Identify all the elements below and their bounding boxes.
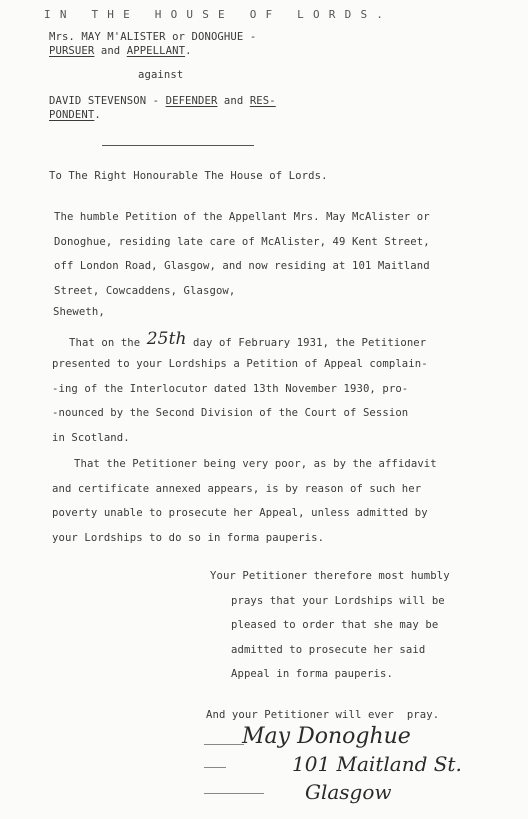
pursuer-label: PURSUER [49, 45, 94, 57]
respondent-label-part2: PONDENT [49, 109, 94, 121]
prayer-line: Appeal in forma pauperis. [210, 662, 450, 687]
signature-dash [204, 793, 264, 794]
period: . [185, 45, 191, 57]
intro-line: Street, Cowcaddens, Glasgow, [54, 279, 430, 304]
paragraph1-first-line: That on the 25th day of February 1931, t… [69, 331, 426, 351]
conjunction: and [217, 95, 249, 107]
against-label: against [138, 69, 183, 81]
intro-line: off London Road, Glasgow, and now residi… [54, 254, 430, 279]
para2-line: and certificate annexed appears, is by r… [52, 477, 437, 502]
prayer-line: pleased to order that she may be [210, 613, 450, 638]
closing-line: And your Petitioner will ever pray. [206, 709, 439, 721]
paragraph2: That the Petitioner being very poor, as … [52, 452, 437, 550]
separator-rule [102, 145, 254, 146]
signature-name: May Donoghue [242, 724, 411, 749]
respondent-label-part1: RES- [250, 95, 276, 107]
period: . [94, 109, 100, 121]
prayer: Your Petitioner therefore most humblypra… [210, 564, 450, 687]
signature-address-city: Glasgow [305, 780, 392, 804]
appellant-label: APPELLANT [127, 45, 185, 57]
para2-line: That the Petitioner being very poor, as … [52, 452, 437, 477]
para1-line: presented to your Lordships a Petition o… [52, 352, 428, 377]
prayer-line: Your Petitioner therefore most humbly [210, 564, 450, 589]
prayer-line: prays that your Lordships will be [210, 589, 450, 614]
handwritten-day: 25th [147, 329, 187, 349]
respondent-line-2: PONDENT. [49, 109, 101, 121]
defender-label: DEFENDER [166, 95, 218, 107]
address-line: To The Right Honourable The House of Lor… [49, 170, 328, 182]
para1-line: -ing of the Interlocutor dated 13th Nove… [52, 377, 428, 402]
intro-line: The humble Petition of the Appellant Mrs… [54, 205, 430, 230]
signature-dash [204, 744, 244, 745]
sheweth-label: Sheweth, [53, 306, 105, 318]
appellant-name: Mrs. MAY M'ALISTER or DONOGHUE - [49, 31, 256, 43]
appellant-role: PURSUER and APPELLANT. [49, 45, 192, 57]
para1-line: -nounced by the Second Division of the C… [52, 401, 428, 426]
para1-prefix: That on the [69, 337, 147, 349]
para2-line: your Lordships to do so in forma pauperi… [52, 526, 437, 551]
prayer-line: admitted to prosecute her said [210, 638, 450, 663]
paragraph1-body: presented to your Lordships a Petition o… [52, 352, 428, 450]
para2-line: poverty unable to prosecute her Appeal, … [52, 501, 437, 526]
respondent-name: DAVID STEVENSON - [49, 95, 166, 107]
para1-suffix: day of February 1931, the Petitioner [187, 337, 427, 349]
respondent-line: DAVID STEVENSON - DEFENDER and RES- [49, 95, 276, 107]
conjunction: and [94, 45, 126, 57]
signature-address-street: 101 Maitland St. [292, 752, 462, 776]
para1-line: in Scotland. [52, 426, 428, 451]
intro-line: Donoghue, residing late care of McAliste… [54, 230, 430, 255]
petition-intro: The humble Petition of the Appellant Mrs… [54, 205, 430, 303]
signature-dash [204, 767, 226, 768]
court-heading: IN THE HOUSE OF LORDS. [44, 8, 392, 21]
